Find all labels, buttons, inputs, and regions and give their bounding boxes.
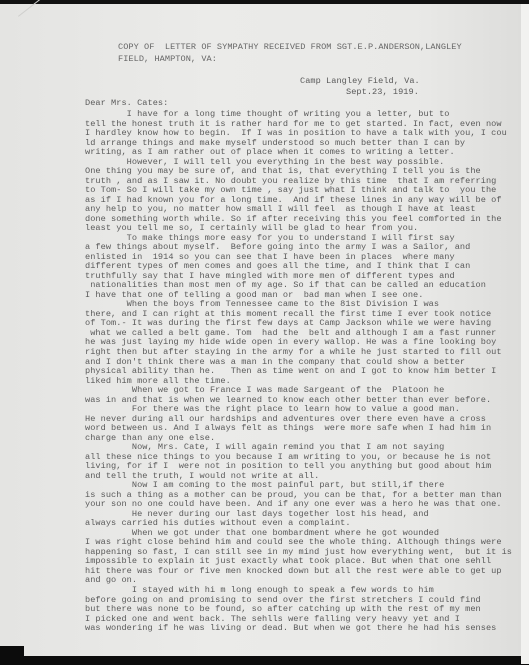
letter-body-line: liked him more all the time. [85,376,231,386]
letter-body-line: When we got under that one bombardment w… [85,528,439,538]
letter-body-line: To make things more easy for you to unde… [85,233,455,243]
letter-body-line: charge than any one else. [85,433,215,443]
letter-body-line: impossible to explain it just exactly wh… [85,556,491,566]
letter-body-line: was in and that is when we learned to kn… [85,395,491,405]
letter-body-line: done something worth while. So if after … [85,214,502,224]
scan-right-edge [521,4,529,664]
letter-body-line: word between us. And I always felt as th… [85,423,491,433]
letter-body-line: enlisted in 1914 so you can see that I h… [85,252,455,262]
letter-body-line: living, for if I were not in position to… [85,461,491,471]
typewritten-letter-page: COPY OF LETTER OF SYMPATHY RECEIVED FROM… [0,4,521,656]
letter-heading-line-1: COPY OF LETTER OF SYMPATHY RECEIVED FROM… [118,42,462,52]
letter-body-line: I have that one of telling a good man or… [85,290,423,300]
letter-body-line: a few things about myself. Before going … [85,242,470,252]
letter-body-line: is such a thing as a mother can be proud… [85,490,502,500]
letter-body-line: there, and I can right at this moment re… [85,309,491,319]
letter-body-line: ld arrange things and make myself unders… [85,138,465,148]
letter-body-line: happening so fast, I can still see in my… [85,547,512,557]
letter-body-line: always carried his duties without even a… [85,518,351,528]
letter-body-line: different types of men comes and goes al… [85,261,470,271]
letter-salutation: Dear Mrs. Cates: [85,98,168,108]
letter-body-line: what we called a belt game. Tom had the … [85,328,496,338]
letter-body-line: and go on. [85,575,137,585]
letter-body-line: I was right close behind him and could s… [85,537,502,547]
letter-body-line: tell the honest truth it is rather hard … [85,119,502,129]
letter-body-line: When the boys from Tennessee came to the… [85,299,439,309]
letter-body-line: and tell the truth, I would not write at… [85,471,319,481]
letter-body-line: Now, Mrs. Cate, I will again remind you … [85,442,444,452]
letter-body-line: For there was the right place to learn h… [85,404,460,414]
letter-body-line: One thing you may be sure of, and that i… [85,166,481,176]
letter-body-line: right then but after staying in the army… [85,347,502,357]
letter-body-line: before going on and promising to send ov… [85,595,481,605]
letter-body-line: physical ability than he. Then as time w… [85,366,496,376]
letter-body-line: your son no one could have been. And if … [85,499,502,509]
letter-body-line: I have for a long time thought of writin… [85,109,450,119]
letter-body-line: nationalities than most men of my age. S… [85,280,486,290]
letter-body-line: and I don't think there was a man in the… [85,357,465,367]
letter-body-line: However, I will tell you everything in t… [85,157,444,167]
letter-body-line: but there was none to be found, so after… [85,604,481,614]
letter-body-line: When we got to France I was made Sargean… [85,385,444,395]
letter-body-line: least you tell me so, I certainly will b… [85,223,418,233]
letter-body-line: all these nice things to you because I a… [85,452,491,462]
letter-body-line: I picked one and went back. The sehlls w… [85,614,460,624]
letter-body-line: was wondering if he was living or dead. … [85,623,496,633]
letter-body-line: any help to you, no matter how small I w… [85,204,476,214]
letter-body-line: He never during our last days together l… [85,509,429,519]
letter-heading-line-2: FIELD, HAMPTON, VA: [118,54,217,64]
letter-body-line: hit there was four or five men knocked d… [85,566,502,576]
letter-body-line: I stayed with hi m long enough to speak … [85,585,434,595]
letter-body-line: as if I had known you for a long time. A… [85,195,502,205]
letter-date: Sept.23, 1919. [346,87,419,97]
letter-place: Camp Langley Field, Va. [300,76,420,86]
letter-body-line: to Tom- So I will take my own time , say… [85,185,496,195]
letter-body-line: truthfully say that I have mingled with … [85,271,455,281]
letter-body-line: writing, as I am rather out of place whe… [85,147,455,157]
letter-body-line: of Tom.- It was during the first few day… [85,318,491,328]
letter-body-line: truth , and as I saw it. No doubt you re… [85,176,496,186]
letter-body-line: I hardley know how to begin. If I was in… [85,128,507,138]
letter-body-line: Now I am coming to the most painful part… [85,480,444,490]
letter-body-line: He never during all our hardships and ad… [85,414,486,424]
letter-body-line: he was just laying my hide wide open in … [85,337,496,347]
scan-corner-shadow [0,646,24,660]
